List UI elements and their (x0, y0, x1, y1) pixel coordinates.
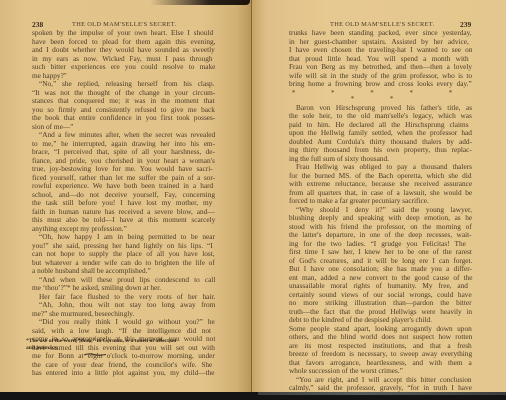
right-page: THE OLD MAM'SELLE'S SECRET. 239 trunks h… (252, 0, 506, 392)
text-line: calmly,” said the professor, gravely, “f… (289, 384, 472, 392)
text-line: has entered into a little plot against y… (32, 369, 215, 378)
book-cover-edge (0, 392, 506, 400)
book-spread: 238 THE OLD MAM'SELLE'S SECRET. spoken b… (0, 0, 506, 392)
body-text: trunks have been standing packed, ever s… (289, 29, 472, 392)
page-curl-shadow (150, 0, 250, 5)
left-page: 238 THE OLD MAM'SELLE'S SECRET. spoken b… (0, 0, 252, 392)
text-line: bring home a frowning brow and cross loo… (289, 80, 472, 89)
running-head: THE OLD MAM'SELLE'S SECRET. (72, 21, 176, 28)
section-break: * * * * * * * (289, 90, 472, 102)
footnote: *The use of the word “thou,” in German, … (26, 338, 216, 351)
running-head: THE OLD MAM'SELLE'S SECRET. (330, 21, 434, 28)
footnote-line: and intimacy. (26, 345, 216, 352)
ornament-swash (84, 353, 106, 356)
cover-cloth (258, 392, 506, 395)
body-text: spoken by the impulse of your own heart.… (32, 29, 215, 378)
